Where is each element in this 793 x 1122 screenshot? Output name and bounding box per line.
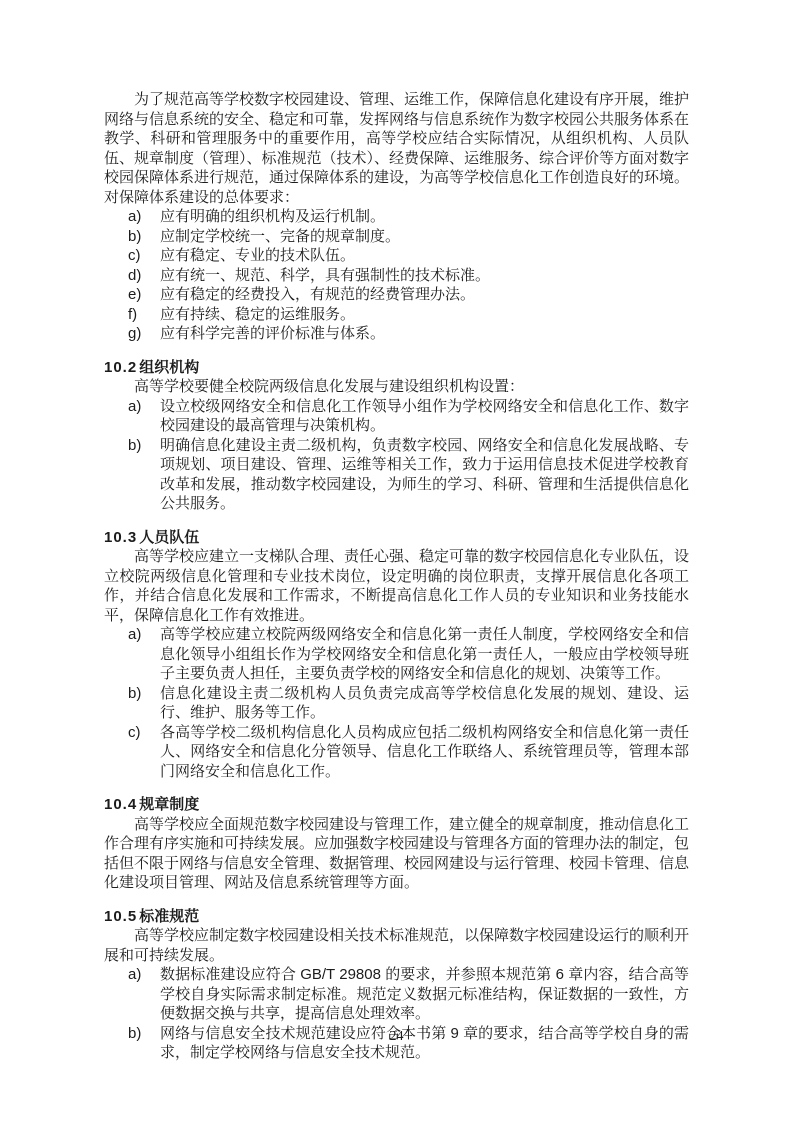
list-item: g) 应有科学完善的评价标准与体系。 (104, 324, 689, 344)
section-list: a) 设立校级网络安全和信息化工作领导小组作为学校网络安全和信息化工作、数字校园… (104, 397, 689, 514)
list-item: c) 各高等学校二级机构信息化人员构成应包括二级机构网络安全和信息化第一责任人、… (104, 723, 689, 782)
list-marker: c) (128, 723, 141, 743)
list-marker: b) (128, 684, 141, 704)
section-10-3: 10.3人员队伍 高等学校应建立一支梯队合理、责任心强、稳定可靠的数字校园信息化… (104, 528, 689, 782)
section-list: a) 高等学校应建立校院两级网络安全和信息化第一责任人制度，学校网络安全和信息化… (104, 625, 689, 781)
section-paragraph: 高等学校应全面规范数字校园建设与管理工作，建立健全的规章制度，推动信息化工作合理… (104, 815, 689, 893)
section-10-4: 10.4规章制度 高等学校应全面规范数字校园建设与管理工作，建立健全的规章制度，… (104, 795, 689, 893)
list-item: a) 设立校级网络安全和信息化工作领导小组作为学校网络安全和信息化工作、数字校园… (104, 397, 689, 436)
section-title: 人员队伍 (139, 529, 199, 546)
list-item-text: 应有稳定、专业的技术队伍。 (160, 247, 355, 264)
list-item: b) 信息化建设主责二级机构人员负责完成高等学校信息化发展的规划、建设、运行、维… (104, 684, 689, 723)
list-item-text: 信息化建设主责二级机构人员负责完成高等学校信息化发展的规划、建设、运行、维护、服… (160, 685, 689, 722)
list-marker: a) (128, 397, 141, 417)
list-item-text: 应有科学完善的评价标准与体系。 (160, 325, 385, 342)
list-item: a) 数据标准建设应符合 GB/T 29808 的要求，并参照本规范第 6 章内… (104, 965, 689, 1024)
list-item-text: 应有明确的组织机构及运行机制。 (160, 208, 385, 225)
document-page: 为了规范高等学校数字校园建设、管理、运维工作，保障信息化建设有序开展，维护网络与… (0, 0, 793, 1122)
list-item-text: 设立校级网络安全和信息化工作领导小组作为学校网络安全和信息化工作、数字校园建设的… (160, 398, 689, 435)
section-number: 10.2 (104, 359, 137, 376)
list-item: b) 明确信息化建设主责二级机构，负责数字校园、网络安全和信息化发展战略、专项规… (104, 436, 689, 514)
page-number: 24 (0, 1029, 793, 1045)
list-marker: g) (128, 324, 141, 344)
list-marker: a) (128, 625, 141, 645)
section-title: 组织机构 (139, 359, 199, 376)
list-item: b) 应制定学校统一、完备的规章制度。 (104, 227, 689, 247)
section-heading: 10.4规章制度 (104, 795, 689, 815)
section-title: 标准规范 (139, 908, 199, 925)
section-heading: 10.3人员队伍 (104, 528, 689, 548)
section-number: 10.4 (104, 796, 137, 813)
list-item-text: 应有统一、规范、科学，具有强制性的技术标准。 (160, 267, 490, 284)
list-item: f) 应有持续、稳定的运维服务。 (104, 305, 689, 325)
list-item-text: 应有持续、稳定的运维服务。 (160, 306, 355, 323)
list-item-text: 各高等学校二级机构信息化人员构成应包括二级机构网络安全和信息化第一责任人、网络安… (160, 724, 689, 780)
section-paragraph: 高等学校应建立一支梯队合理、责任心强、稳定可靠的数字校园信息化专业队伍，设立校院… (104, 547, 689, 625)
list-marker: d) (128, 266, 141, 286)
section-heading: 10.5标准规范 (104, 907, 689, 927)
list-marker: e) (128, 285, 141, 305)
section-list: a) 数据标准建设应符合 GB/T 29808 的要求，并参照本规范第 6 章内… (104, 965, 689, 1063)
list-marker: a) (128, 965, 141, 985)
section-10-2: 10.2组织机构 高等学校要健全校院两级信息化发展与建设组织机构设置： a) 设… (104, 358, 689, 514)
section-paragraph: 高等学校要健全校院两级信息化发展与建设组织机构设置： (104, 377, 689, 397)
list-item: a) 高等学校应建立校院两级网络安全和信息化第一责任人制度，学校网络安全和信息化… (104, 625, 689, 684)
list-marker: a) (128, 207, 141, 227)
list-item-text: 明确信息化建设主责二级机构，负责数字校园、网络安全和信息化发展战略、专项规划、项… (160, 437, 689, 513)
list-item-text: 应制定学校统一、完备的规章制度。 (160, 228, 400, 245)
list-item-text: 高等学校应建立校院两级网络安全和信息化第一责任人制度，学校网络安全和信息化领导小… (160, 626, 689, 682)
list-item: d) 应有统一、规范、科学，具有强制性的技术标准。 (104, 266, 689, 286)
section-title: 规章制度 (139, 796, 199, 813)
section-paragraph: 高等学校应制定数字校园建设相关技术标准规范，以保障数字校园建设运行的顺利开展和可… (104, 926, 689, 965)
intro-paragraph: 为了规范高等学校数字校园建设、管理、运维工作，保障信息化建设有序开展，维护网络与… (104, 90, 689, 207)
list-marker: b) (128, 227, 141, 247)
section-number: 10.3 (104, 529, 137, 546)
section-heading: 10.2组织机构 (104, 358, 689, 378)
list-marker: b) (128, 436, 141, 456)
intro-list: a) 应有明确的组织机构及运行机制。 b) 应制定学校统一、完备的规章制度。 c… (104, 207, 689, 344)
page-content: 为了规范高等学校数字校园建设、管理、运维工作，保障信息化建设有序开展，维护网络与… (104, 90, 689, 1063)
list-item: a) 应有明确的组织机构及运行机制。 (104, 207, 689, 227)
list-item-text: 应有稳定的经费投入，有规范的经费管理办法。 (160, 286, 475, 303)
list-item: c) 应有稳定、专业的技术队伍。 (104, 246, 689, 266)
list-marker: f) (128, 305, 137, 325)
list-marker: c) (128, 246, 141, 266)
list-item-text: 数据标准建设应符合 GB/T 29808 的要求，并参照本规范第 6 章内容，结… (160, 966, 689, 1022)
list-item: e) 应有稳定的经费投入，有规范的经费管理办法。 (104, 285, 689, 305)
section-number: 10.5 (104, 908, 137, 925)
